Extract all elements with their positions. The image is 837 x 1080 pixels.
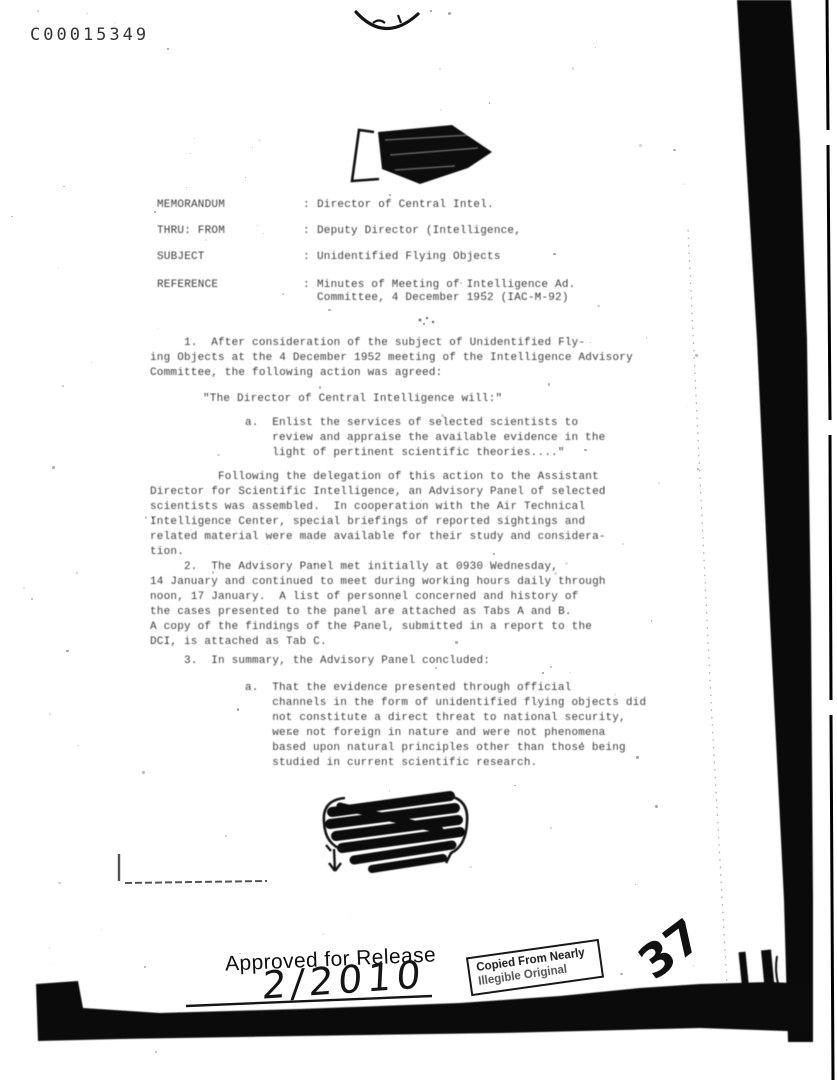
scan-noise-speck: [58, 267, 59, 268]
subitem-a-conclusion: a. That the evidence presented through o…: [245, 681, 646, 771]
memo-colon: :: [303, 251, 317, 264]
scan-noise-speck: [572, 67, 575, 70]
memo-label: THRU: FROM: [157, 225, 303, 238]
memo-value: Unidentified Flying Objects: [317, 251, 501, 264]
scan-noise-speck: [91, 362, 92, 363]
scan-noise-speck: [550, 827, 552, 829]
scan-noise-speck: [687, 406, 688, 407]
scan-noise-speck: [190, 153, 191, 154]
scan-noise-speck: [37, 10, 39, 12]
memo-colon: :: [303, 199, 317, 212]
memo-value: Deputy Director (Intelligence,: [317, 225, 521, 238]
scan-noise-speck: [430, 10, 432, 12]
scan-noise-speck: [63, 186, 65, 188]
memo-label: REFERENCE: [157, 279, 303, 292]
paragraph-following: Following the delegation of this action …: [150, 470, 606, 560]
scan-noise-speck: [646, 337, 648, 339]
scan-noise-speck: [635, 884, 636, 885]
scan-noise-speck: [50, 964, 51, 965]
scan-noise-speck: [494, 1003, 496, 1005]
scan-noise-speck: [145, 516, 147, 518]
scan-noise-speck: [194, 138, 195, 139]
memo-row-subject: SUBJECT : Unidentified Flying Objects: [157, 251, 501, 264]
scan-noise-speck: [722, 1025, 724, 1027]
scan-noise-speck: [49, 1014, 51, 1016]
scan-noise-speck: [87, 13, 88, 14]
scan-noise-speck: [142, 771, 145, 774]
paragraph-2: 2. The Advisory Panel met initially at 0…: [150, 560, 606, 650]
scan-noise-speck: [217, 454, 219, 456]
scan-noise-speck: [595, 47, 596, 48]
document-id: C00015349: [30, 25, 149, 45]
scan-noise-speck: [237, 708, 240, 711]
scan-noise-speck: [155, 1051, 157, 1053]
memo-row-reference: REFERENCE : Minutes of Meeting of Intell…: [157, 279, 575, 305]
scan-noise-speck: [469, 866, 471, 868]
memo-label: MEMORANDUM: [157, 199, 303, 212]
scan-noise-speck: [439, 68, 441, 70]
scan-noise-speck: [448, 12, 451, 15]
scan-noise-speck: [553, 253, 556, 256]
memo-row-to: MEMORANDUM : Director of Central Intel.: [157, 199, 494, 212]
scan-noise-speck: [675, 795, 676, 796]
scan-noise-speck: [655, 805, 658, 808]
quote-line: "The Director of Central Intelligence wi…: [203, 392, 502, 407]
scan-noise-speck: [23, 587, 25, 589]
scan-noise-speck: [186, 187, 187, 188]
subitem-a: a. Enlist the services of selected scien…: [245, 416, 605, 461]
paragraph-3: 3. In summary, the Advisory Panel conclu…: [150, 654, 490, 669]
scan-noise-speck: [695, 354, 697, 356]
scan-noise-speck: [183, 1033, 186, 1036]
scan-noise-speck: [62, 385, 64, 387]
scan-noise-speck: [36, 980, 37, 981]
memo-value: Minutes of Meeting of Intelligence Ad. C…: [317, 279, 575, 305]
memo-colon: :: [303, 225, 317, 238]
scan-noise-speck: [622, 543, 624, 545]
memo-row-from: THRU: FROM : Deputy Director (Intelligen…: [157, 225, 521, 238]
scan-noise-speck: [389, 194, 391, 196]
scan-noise-speck: [49, 713, 51, 715]
scan-noise-speck: [389, 790, 390, 791]
scan-noise-speck: [634, 1014, 636, 1016]
scan-noise-speck: [514, 785, 515, 786]
scan-noise-speck: [77, 745, 78, 746]
scanned-document-page: C00015349 MEMORANDUM : Director of Centr…: [0, 0, 837, 1080]
scan-noise-speck: [319, 386, 321, 388]
scan-noise-speck: [252, 147, 253, 148]
scan-noise-speck: [144, 966, 146, 968]
scan-noise-speck: [542, 672, 544, 674]
scan-noise-speck: [597, 305, 600, 308]
scan-noise-speck: [328, 309, 331, 312]
scan-noise-speck: [66, 650, 68, 652]
scan-noise-speck: [683, 183, 685, 185]
scan-noise-speck: [550, 666, 553, 669]
scan-noise-speck: [523, 6, 524, 7]
memo-value: Director of Central Intel.: [317, 199, 494, 212]
scan-noise-speck: [548, 383, 551, 386]
scan-noise-speck: [651, 620, 653, 622]
scan-noise-speck: [570, 672, 571, 673]
scan-noise-speck: [205, 239, 207, 241]
scan-noise-speck: [76, 572, 78, 574]
scan-noise-speck: [697, 468, 699, 470]
scan-noise-speck: [426, 1014, 429, 1017]
scan-noise-speck: [167, 48, 168, 49]
scan-noise-speck: [378, 1013, 379, 1014]
scan-noise-speck: [130, 1027, 131, 1028]
scan-noise-speck: [418, 846, 421, 849]
scan-noise-speck: [157, 328, 159, 330]
scan-noise-speck: [658, 482, 660, 484]
scan-noise-speck: [489, 102, 490, 103]
scan-noise-speck: [322, 933, 324, 935]
scan-noise-speck: [639, 144, 642, 147]
scan-noise-speck: [245, 177, 246, 178]
scan-noise-speck: [177, 1012, 180, 1015]
memo-label: SUBJECT: [157, 251, 303, 264]
scan-noise-speck: [448, 858, 449, 859]
scan-noise-speck: [673, 149, 676, 152]
scan-noise-speck: [11, 216, 12, 217]
scan-noise-speck: [49, 947, 51, 949]
scan-noise-speck: [225, 835, 227, 837]
scan-noise-speck: [440, 109, 442, 111]
scan-noise-speck: [350, 913, 351, 914]
scan-noise-speck: [620, 973, 623, 976]
scan-noise-speck: [52, 466, 55, 469]
scan-noise-speck: [451, 851, 454, 854]
scan-noise-speck: [58, 882, 61, 885]
memo-colon: :: [303, 279, 317, 292]
scan-noise-speck: [31, 598, 33, 600]
paragraph-1: 1. After consideration of the subject of…: [150, 336, 633, 381]
scan-noise-speck: [258, 139, 261, 142]
scan-noise-speck: [101, 930, 102, 931]
